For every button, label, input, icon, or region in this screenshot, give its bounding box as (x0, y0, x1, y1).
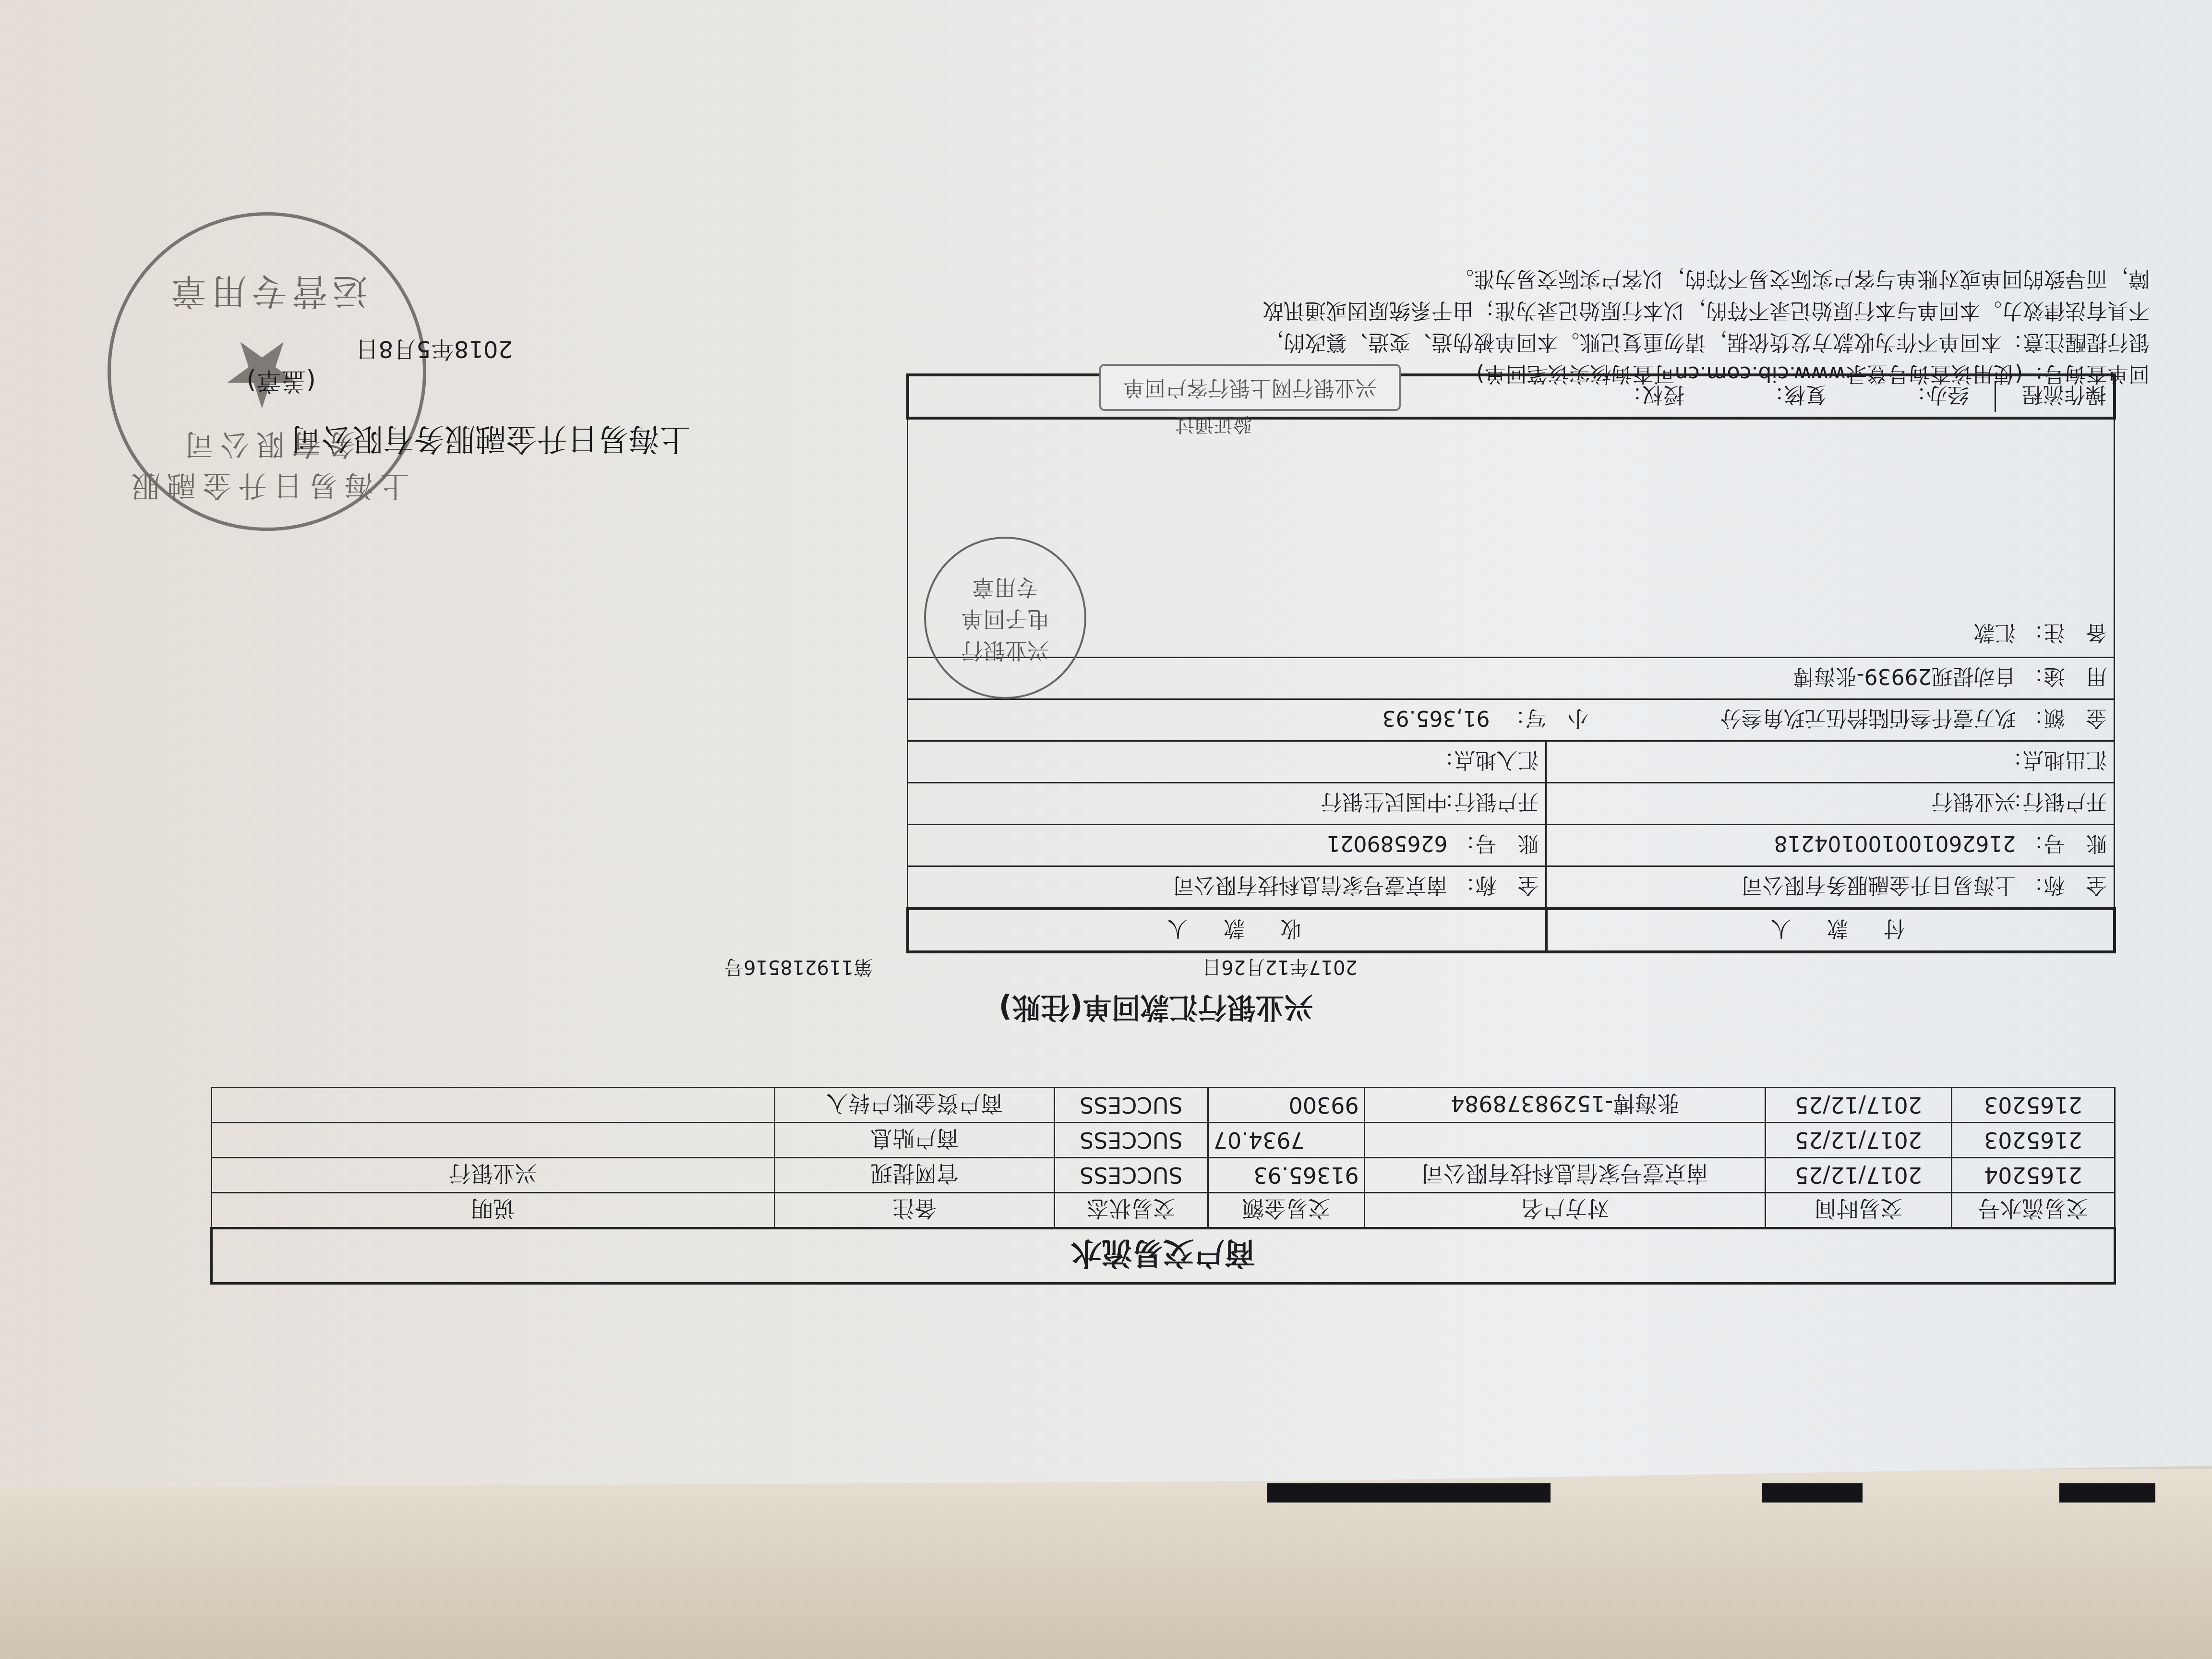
cell-time: 2017/12/25 (1766, 1088, 1952, 1123)
payer-bank: 兴业银行 (1932, 789, 2016, 814)
query-line: 回单查询号：(使用该查询号登录www.cib.com.cn可查询核实该笔回单) (854, 358, 2150, 389)
verified-mark: 验证通过 (1175, 412, 1252, 440)
column-header: 交易时间 (1766, 1193, 1952, 1228)
label: 开户银行： (1448, 788, 1539, 819)
label: 全 称： (1448, 872, 1539, 902)
payer-name: 上海易日升金融服务有限公司 (1742, 873, 2016, 897)
cell-counterparty: 南京壹号家信息科技有限公司 (1364, 1158, 1765, 1193)
label: 备 注： (2016, 619, 2107, 650)
warning-line: 障，而导致的回单或对账单与客户实际交易不符的，以客户实际交易为准。 (854, 263, 2150, 294)
payer-account-field: 账 号：216260100100104218 (1546, 825, 2115, 866)
signature-seal-note: (盖章) (246, 365, 316, 401)
rotated-document: 商户交易流水 交易流水号 交易时间 对方户名 交易金额 交易状态 备注 说明 2… (0, 0, 2212, 1659)
payee-name: 南京壹号家信息科技有限公司 (1173, 873, 1448, 897)
amount-figures: 91,365.93 (1382, 706, 1490, 730)
ledger-header-row: 交易流水号 交易时间 对方户名 交易金额 交易状态 备注 说明 (212, 1193, 2115, 1228)
cell-serial: 2165203 (1951, 1123, 2115, 1158)
column-header: 交易状态 (1055, 1193, 1208, 1228)
cell-note (212, 1123, 775, 1158)
warning-line: 银行提醒注意：本回单不作为收款方发货依据，请勿重复记账。本回单被伪造、变造、篡改… (854, 326, 2150, 358)
cell-amount: 99300 (1208, 1088, 1364, 1123)
receipt-title: 兴业银行汇款回单(往账) (748, 989, 1564, 1030)
label: 汇入地点： (1448, 746, 1539, 777)
cell-status: SUCCESS (1055, 1088, 1208, 1123)
table-row: 2165203 2017/12/25 张海博-15298378984 99300… (212, 1088, 2115, 1123)
label: 开户银行： (2016, 788, 2107, 819)
remark-field: 备 注：汇款 (908, 418, 2115, 658)
label: 账 号： (2016, 830, 2107, 861)
column-header: 对方户名 (1364, 1193, 1765, 1228)
ledger-title: 商户交易流水 (212, 1228, 2115, 1284)
payee-account: 626589021 (1327, 831, 1448, 855)
payee-name-field: 全 称：南京壹号家信息科技有限公司 (908, 866, 1546, 909)
seal-line: 专用章 (926, 573, 1084, 605)
label: 账 号： (1448, 830, 1539, 861)
cell-time: 2017/12/25 (1766, 1158, 1952, 1193)
payee-header: 收 款 人 (908, 909, 1546, 952)
cell-remark: 商户资金账户转入 (775, 1088, 1055, 1123)
receipt-table: 付 款 人 收 款 人 全 称：上海易日升金融服务有限公司 全 称：南京壹号家信… (906, 373, 2116, 953)
payee-account-field: 账 号：626589021 (908, 825, 1546, 866)
cell-remark: 商户贴息 (775, 1123, 1055, 1158)
column-header: 交易金额 (1208, 1193, 1364, 1228)
remark: 汇款 (1974, 620, 2016, 645)
label: 全 称： (2016, 872, 2107, 902)
cell-status: SUCCESS (1055, 1158, 1208, 1193)
table-row: 2165203 2017/12/25 7934.07 SUCCESS 商户贴息 (212, 1123, 2115, 1158)
to-place-field: 汇入地点： (908, 741, 1546, 783)
purpose-field: 用 途：自动提现29939-张海博 (908, 658, 2115, 699)
table-row: 2165204 2017/12/25 南京壹号家信息科技有限公司 91365.9… (212, 1158, 2115, 1193)
payer-account: 216260100100104218 (1774, 831, 2016, 855)
column-header: 交易流水号 (1951, 1193, 2115, 1228)
seal-line: 兴业银行 (926, 637, 1084, 668)
payer-name-field: 全 称：上海易日升金融服务有限公司 (1546, 866, 2115, 909)
label: 小 写： (1504, 706, 1589, 730)
cell-serial: 2165204 (1951, 1158, 2115, 1193)
cell-note: 兴业银行 (212, 1158, 775, 1193)
amount-field: 金 额：玖万壹仟叁佰陆拾伍元玖角叁分 小 写：91,365.93 (908, 699, 2115, 741)
column-header: 说明 (212, 1193, 775, 1228)
payee-bank-field: 开户银行：中国民生银行 (908, 783, 1546, 825)
from-place-field: 汇出地点： (1546, 741, 2115, 783)
label: 金 额： (2016, 705, 2107, 735)
cell-serial: 2165203 (1951, 1088, 2115, 1123)
cell-remark: 官网提现 (775, 1158, 1055, 1193)
signature-date: 2018年5月8日 (356, 335, 513, 368)
label: 用 途： (2016, 663, 2107, 694)
cell-amount: 7934.07 (1208, 1123, 1364, 1158)
cell-counterparty: 张海博-15298378984 (1364, 1088, 1765, 1123)
signature-company: 上海易日升金融服务有限公司 (291, 420, 690, 464)
cell-time: 2017/12/25 (1766, 1123, 1952, 1158)
payer-header: 付 款 人 (1546, 909, 2115, 952)
seal-line: 电子回单 (926, 605, 1084, 637)
receipt-notes: 回单查询号：(使用该查询号登录www.cib.com.cn可查询核实该笔回单) … (854, 263, 2150, 389)
cell-counterparty (1364, 1123, 1765, 1158)
purpose: 自动提现29939-张海博 (1793, 664, 2016, 688)
cell-note (212, 1088, 775, 1123)
cell-status: SUCCESS (1055, 1123, 1208, 1158)
cell-amount: 91365.93 (1208, 1158, 1364, 1193)
ledger-table: 商户交易流水 交易流水号 交易时间 对方户名 交易金额 交易状态 备注 说明 2… (210, 1087, 2116, 1285)
amount-words: 玖万壹仟叁佰陆拾伍元玖角叁分 (1720, 706, 2016, 730)
warning-line: 不具有法律效力。本回单与本行原始记录不符的，以本行原始记录为准；由于系统原因或通… (854, 294, 2150, 326)
receipt-number: 第119218516号 (724, 955, 873, 982)
receipt-date: 2017年12月26日 (1202, 955, 1358, 982)
seal-bottom-text: 运营专用章 (111, 268, 423, 319)
payer-bank-field: 开户银行：兴业银行 (1546, 783, 2115, 825)
bank-receipt-seal: 兴业银行 电子回单 专用章 (924, 537, 1086, 699)
payee-bank: 中国民生银行 (1321, 789, 1448, 814)
label: 汇出地点： (2016, 746, 2107, 777)
column-header: 备注 (775, 1193, 1055, 1228)
